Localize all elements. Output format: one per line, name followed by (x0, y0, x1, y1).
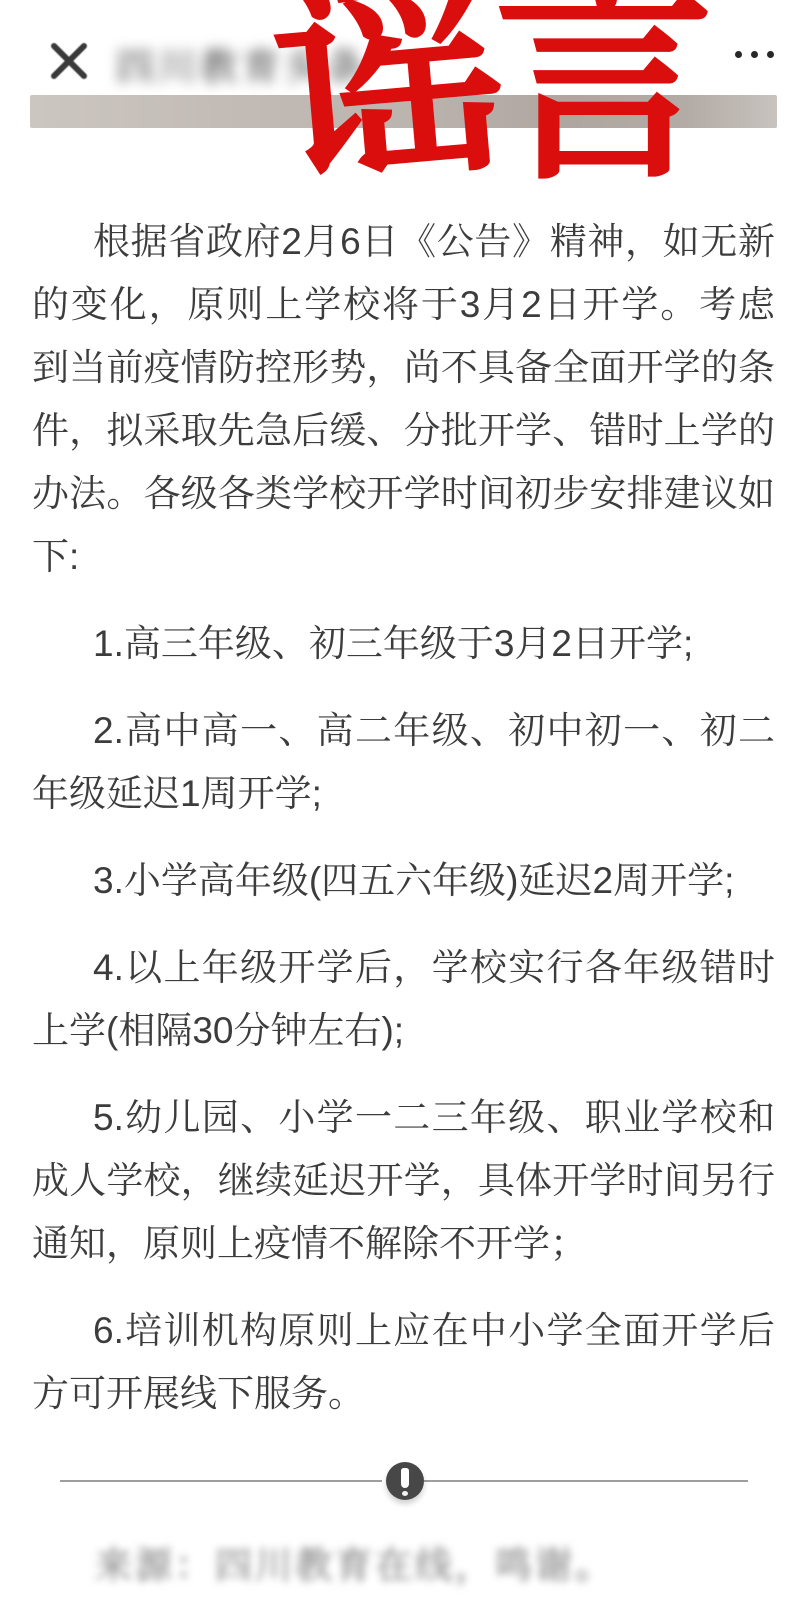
divider-line-left (60, 1480, 382, 1482)
article-paragraph: 4.以上年级开学后，学校实行各年级错时上学(相隔30分钟左右); (32, 936, 775, 1062)
article-paragraph: 根据省政府2月6日《公告》精神，如无新的变化，原则上学校将于3月2日开学。考虑到… (32, 210, 775, 588)
exclamation-circle-icon (386, 1462, 424, 1500)
article-paragraph: 2.高中高一、高二年级、初中初一、初二年级延迟1周开学; (32, 699, 775, 825)
article-viewer-screen: { "header": { "title_censored": "四川教育头条"… (0, 0, 807, 1600)
article-paragraph: 1.高三年级、初三年级于3月2日开学; (32, 612, 775, 675)
ellipsis-dot (751, 51, 758, 58)
ellipsis-dot (767, 51, 774, 58)
titlebar: 四川教育头条 (0, 0, 807, 95)
divider-line-right (424, 1480, 748, 1482)
article-body: 根据省政府2月6日《公告》精神，如无新的变化，原则上学校将于3月2日开学。考虑到… (32, 210, 775, 1425)
exclamation-dot (402, 1491, 408, 1496)
article-paragraph: 6.培训机构原则上应在中小学全面开学后方可开展线下服务。 (32, 1299, 775, 1425)
more-menu-icon[interactable] (731, 47, 778, 62)
exclamation-bar (401, 1468, 409, 1488)
footer-divider (0, 1460, 807, 1504)
source-line-censored: 来源：四川教育在线，鸣谢。 (95, 1535, 615, 1589)
ellipsis-dot (735, 51, 742, 58)
article-paragraph: 3.小学高年级(四五六年级)延迟2周开学; (32, 849, 775, 912)
article-source-title-censored: 四川教育头条 (116, 36, 368, 91)
close-icon[interactable] (48, 40, 90, 82)
article-paragraph: 5.幼儿园、小学一二三年级、职业学校和成人学校，继续延迟开学，具体开学时间另行通… (32, 1086, 775, 1275)
blurred-banner-image (30, 95, 777, 128)
